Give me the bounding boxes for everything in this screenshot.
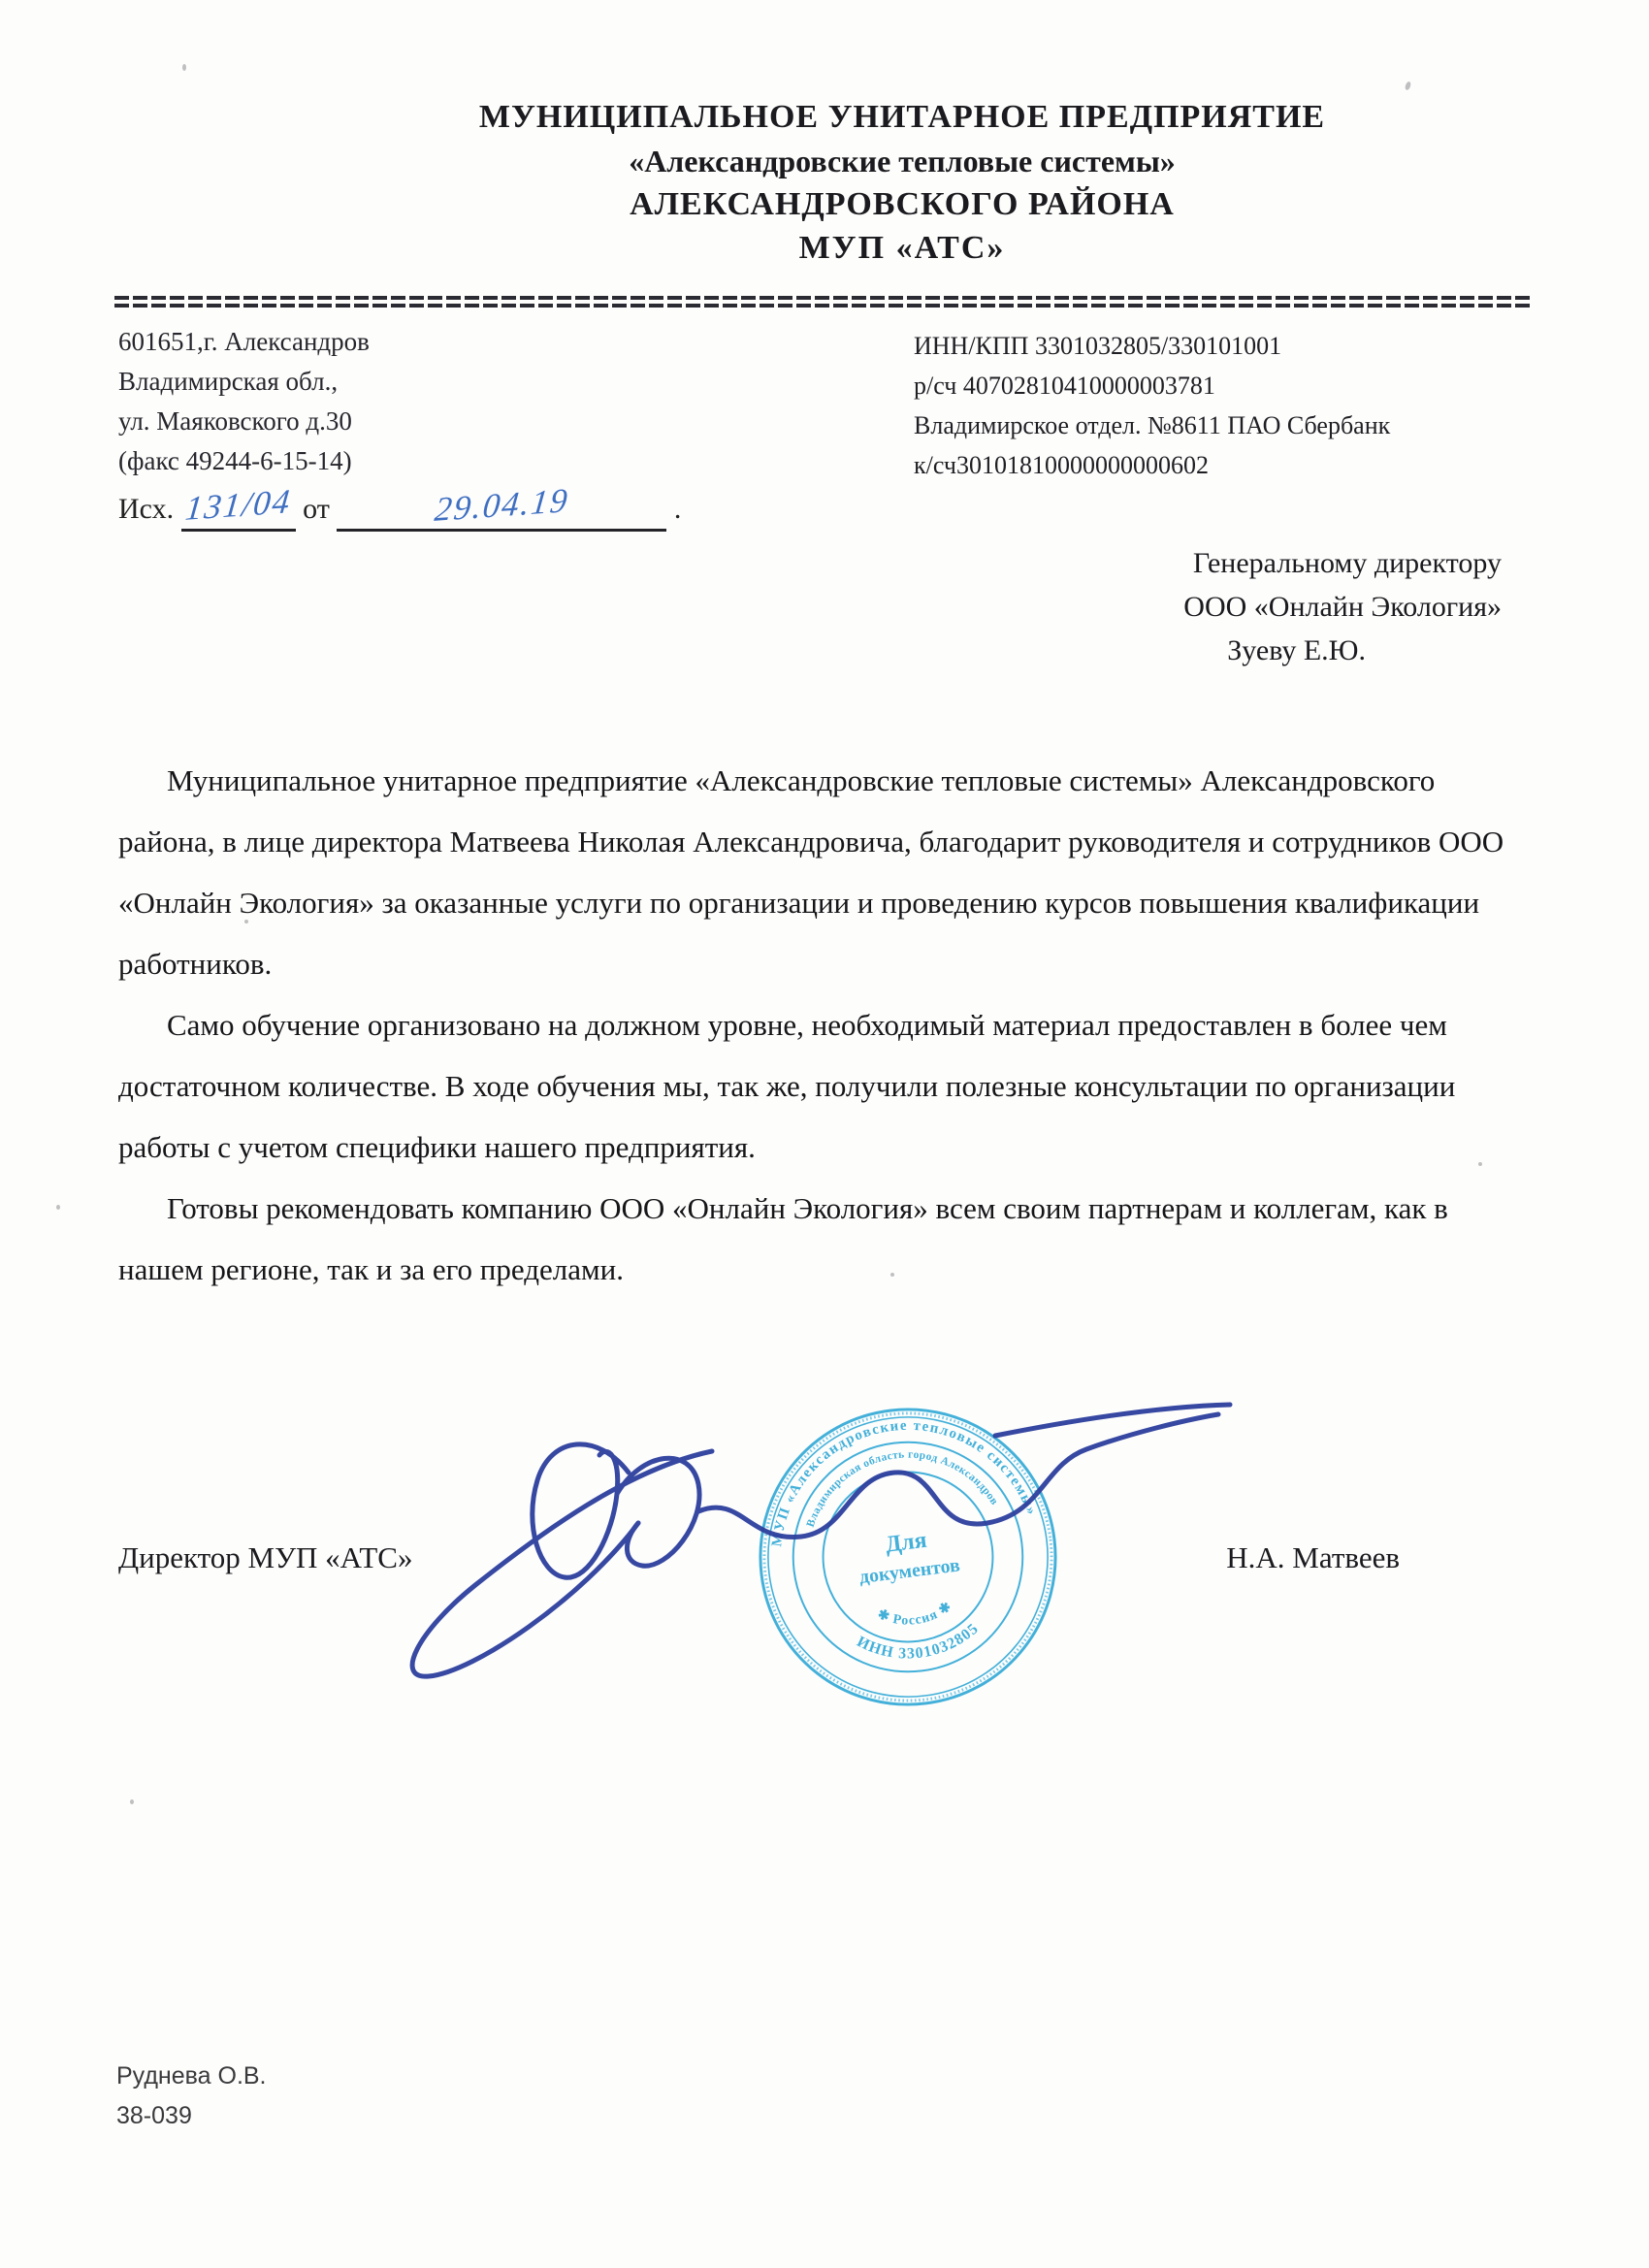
footer-block: Руднева О.В. 38-039 (116, 2057, 267, 2136)
addressee-position-line: Генеральному директору (1183, 541, 1502, 585)
scan-speck (244, 920, 248, 923)
handwritten-date: 29.04.19 (433, 480, 571, 530)
outgoing-number-field: 131/04 (181, 487, 296, 532)
signature-autograph-icon (378, 1376, 1242, 1696)
scanned-letter-page: МУНИЦИПАЛЬНОЕ УНИТАРНОЕ ПРЕДПРИЯТИЕ «Але… (0, 0, 1649, 2268)
scan-speck (1478, 1162, 1482, 1166)
scan-speck (56, 1205, 60, 1210)
handwritten-outgoing-number: 131/04 (183, 481, 293, 529)
inn-kpp-line: ИНН/КПП 3301032805/330101001 (914, 326, 1390, 366)
organization-district-line: АЛЕКСАНДРОВСКОГО РАЙОНА (272, 182, 1533, 226)
letter-body: Муниципальное унитарное предприятие «Але… (118, 750, 1536, 1300)
double-dashed-divider (114, 296, 1533, 308)
outgoing-reference-line: Исх. 131/04 от 29.04.19 . (118, 487, 681, 532)
body-paragraph-2: Само обучение организовано на должном ур… (118, 994, 1536, 1178)
addressee-block: Генеральному директору ООО «Онлайн Эколо… (1183, 541, 1502, 672)
addressee-person-line: Зуеву Е.Ю. (1183, 629, 1366, 672)
sender-address-block: 601651,г. Александров Владимирская обл.,… (118, 322, 681, 532)
organization-short-name-line: МУП «АТС» (272, 226, 1533, 271)
organization-quoted-name-line: «Александровские тепловые системы» (272, 140, 1533, 182)
body-paragraph-1: Муниципальное унитарное предприятие «Але… (118, 750, 1536, 994)
organization-name-line: МУНИЦИПАЛЬНОЕ УНИТАРНОЕ ПРЕДПРИЯТИЕ (272, 95, 1533, 140)
signer-position-label: Директор МУП «АТС» (118, 1540, 412, 1575)
date-label: от (303, 493, 330, 525)
sender-postal-line: 601651,г. Александров (118, 322, 681, 362)
letterhead: МУНИЦИПАЛЬНОЕ УНИТАРНОЕ ПРЕДПРИЯТИЕ «Але… (272, 95, 1533, 271)
scan-speck (890, 1273, 894, 1277)
body-paragraph-3: Готовы рекомендовать компанию ООО «Онлай… (118, 1178, 1536, 1300)
sender-fax-line: (факс 49244-6-15-14) (118, 441, 681, 481)
scan-speck (182, 64, 186, 71)
correspondent-account-line: к/сч30101810000000000602 (914, 445, 1390, 485)
date-field: 29.04.19 (337, 487, 666, 532)
document-code: 38-039 (116, 2096, 267, 2136)
scan-speck (1405, 81, 1412, 90)
addressee-company-line: ООО «Онлайн Экология» (1183, 585, 1502, 629)
sender-region-line: Владимирская обл., (118, 362, 681, 402)
signer-name-label: Н.А. Матвеев (1226, 1540, 1400, 1575)
bank-branch-line: Владимирское отдел. №8611 ПАО Сбербанк (914, 405, 1390, 445)
executor-name: Руднева О.В. (116, 2057, 267, 2096)
scan-speck (130, 1799, 134, 1804)
outgoing-label: Исх. (118, 493, 174, 525)
line-end-period: . (674, 493, 682, 525)
sender-street-line: ул. Маяковского д.30 (118, 402, 681, 441)
settlement-account-line: р/сч 40702810410000003781 (914, 366, 1390, 405)
bank-details-block: ИНН/КПП 3301032805/330101001 р/сч 407028… (914, 326, 1390, 485)
